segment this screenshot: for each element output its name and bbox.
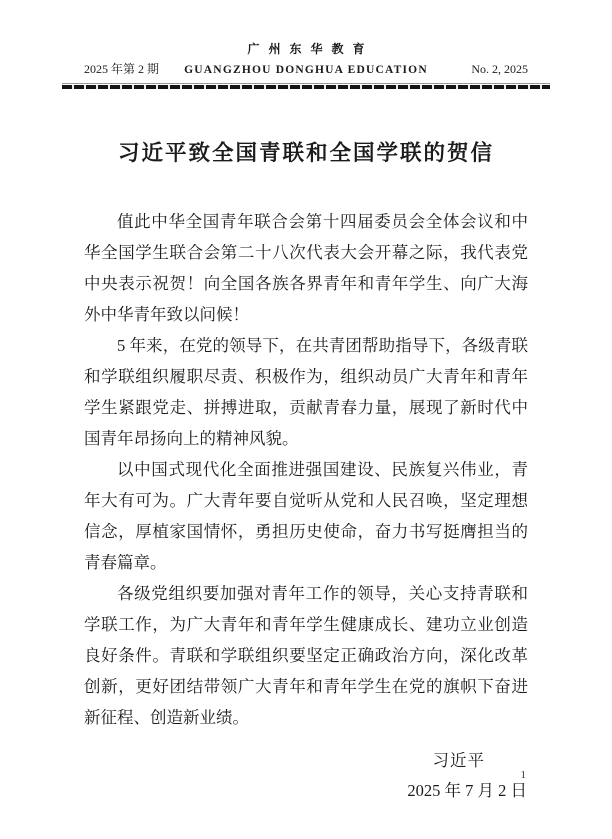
header-rule [62, 83, 550, 89]
article-body: 值此中华全国青年联合会第十四届委员会全体会议和中华全国学生联合会第二十八次代表大… [84, 206, 528, 733]
page-number: 1 [521, 769, 527, 781]
issue-number-english: No. 2, 2025 [471, 62, 528, 77]
header-rule-dashes [62, 85, 550, 89]
signature-name: 习近平 [84, 746, 528, 776]
journal-header-row: 2025 年第 2 期 GUANGZHOU DONGHUA EDUCATION … [84, 60, 528, 77]
masthead-english: GUANGZHOU DONGHUA EDUCATION [184, 64, 428, 76]
paragraph: 5 年来，在党的领导下，在共青团帮助指导下，各级青联和学联组织履职尽责、积极作为… [84, 330, 528, 454]
signature-block: 习近平 2025 年 7 月 2 日 [84, 746, 528, 806]
paragraph: 值此中华全国青年联合会第十四届委员会全体会议和中华全国学生联合会第二十八次代表大… [84, 206, 528, 330]
paragraph: 以中国式现代化全面推进强国建设、民族复兴伟业，青年大有可为。广大青年要自觉听从党… [84, 454, 528, 578]
signature-date: 2025 年 7 月 2 日 [84, 776, 528, 806]
paragraph: 各级党组织要加强对青年工作的领导，关心支持青联和学联工作，为广大青年和青年学生健… [84, 578, 528, 733]
issue-number-chinese: 2025 年第 2 期 [84, 60, 159, 77]
article-title: 习近平致全国青联和全国学联的贺信 [84, 136, 528, 167]
document-page: 广州东华教育 2025 年第 2 期 GUANGZHOU DONGHUA EDU… [0, 0, 612, 839]
masthead-chinese: 广州东华教育 [84, 40, 528, 57]
